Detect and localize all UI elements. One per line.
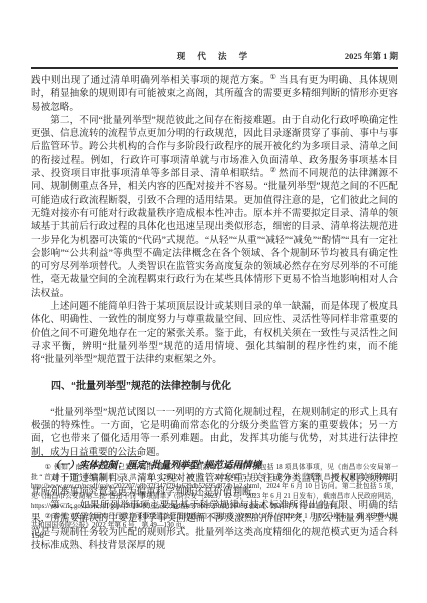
footnote-text: 参见《关于全面实行行政许可事项清单管理的通知》（国办发〔2022〕2 号，202… bbox=[31, 513, 398, 530]
paragraph: “批量列举型”规范试图以一一列明的方式简化规制过程，在规则制定的形式上具有极强的… bbox=[31, 406, 398, 459]
footnote-text: 例如，南昌市公安局已发布两批“首违不罚”事项清单，其中第一批包括 18 项具体事… bbox=[31, 464, 398, 510]
footnote: ②参见《关于全面实行行政许可事项清单管理的通知》（国办发〔2022〕2 号，20… bbox=[31, 512, 398, 531]
issue-label: 2025 年第 1 期 bbox=[345, 50, 398, 62]
paragraph: 上述问题不能简单归咎于某项顶层设计或某则目录的单一缺漏，而是体现了极度具体化、明… bbox=[31, 300, 398, 366]
section-heading: 四、“批量列举型”规范的法律控制与优化 bbox=[31, 380, 398, 393]
journal-title: 现 代 法 学 bbox=[31, 50, 398, 62]
footnote: ①例如，南昌市公安局已发布两批“首违不罚”事项清单，其中第一批包括 18 项具体… bbox=[31, 463, 398, 512]
page-number: 158 bbox=[31, 530, 44, 540]
footnote-separator bbox=[31, 456, 141, 457]
footnote-area: ①例如，南昌市公安局已发布两批“首违不罚”事项清单，其中第一批包括 18 项具体… bbox=[31, 456, 398, 531]
paragraph-text: 然而不同规范的法律渊源不同、规制侧重点各异，相关内容的匹配对接并不容易。“批量列… bbox=[31, 168, 398, 299]
footnote-marker: ① bbox=[45, 464, 51, 471]
paragraph-text: 践中则出现了通过清单明确列举相关事项的规范方案。 bbox=[31, 75, 270, 86]
journal-page: 现 代 法 学 2025 年第 1 期 践中则出现了通过清单明确列举相关事项的规… bbox=[0, 0, 427, 603]
footnote-marker: ② bbox=[45, 513, 51, 520]
page-header: 现 代 法 学 2025 年第 1 期 bbox=[31, 50, 398, 69]
paragraph: 第二，不同“批量列举型”规范彼此之间存在衔接难题。由于自动化行政呼唤确定性更强、… bbox=[31, 114, 398, 300]
paragraph: 践中则出现了通过清单明确列举相关事项的规范方案。① 当具有更为明确、具体规则时，… bbox=[31, 74, 398, 114]
